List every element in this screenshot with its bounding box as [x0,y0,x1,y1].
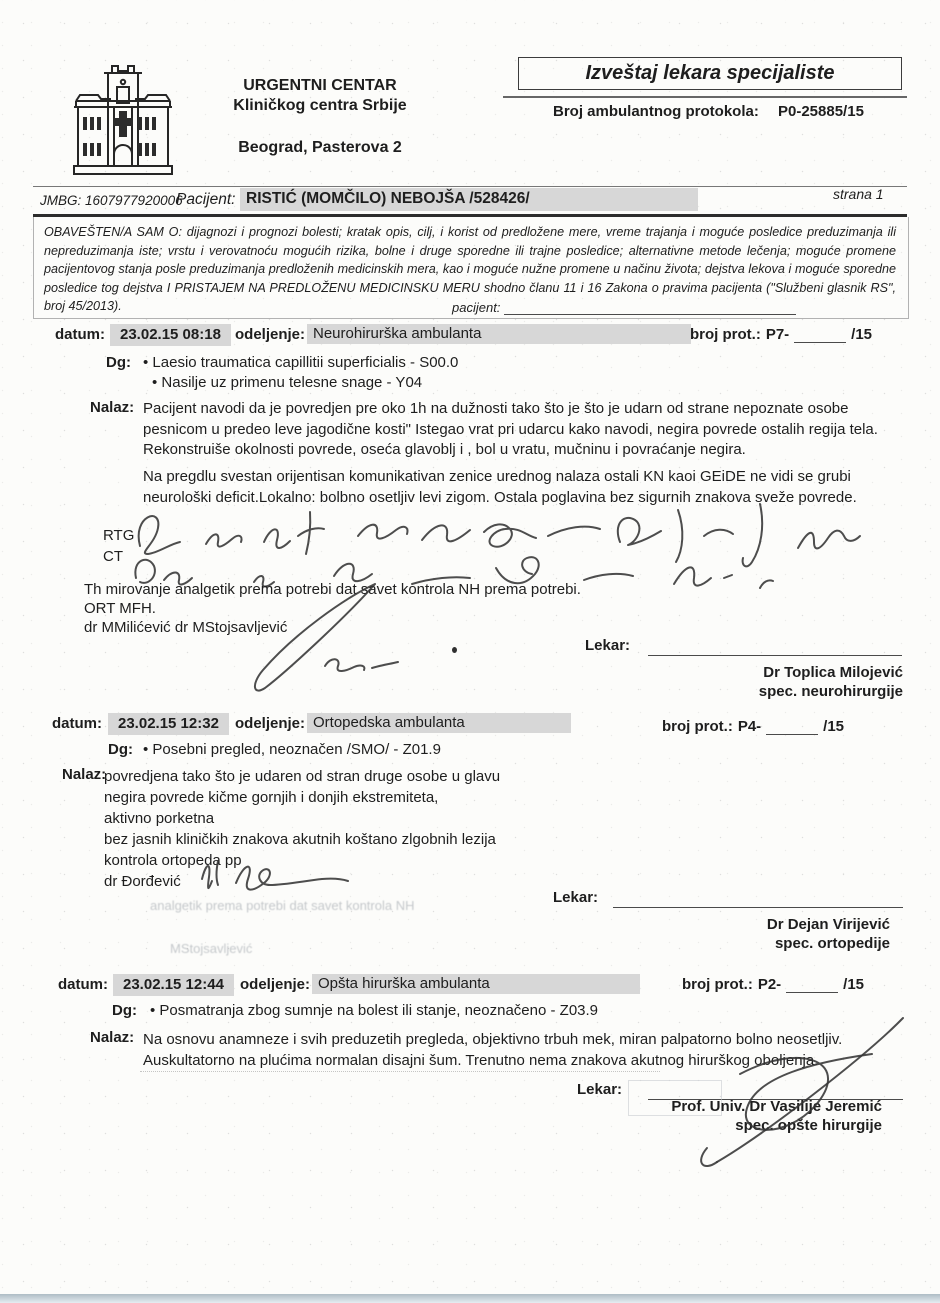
patient-band-top-rule [33,186,907,187]
org-name-line1: URGENTNI CENTAR [188,76,452,96]
s2-lekar-spec: spec. ortopedije [767,934,890,953]
s2-datum-label: datum: [52,715,102,732]
report-title: Izveštaj lekara specijaliste [518,57,902,90]
ink-dot [452,647,457,653]
s3-protocol: broj prot.: P2- /15 [682,976,864,993]
s3-dg-label: Dg: [112,1002,137,1019]
s1-dg-item-2: • Nasilje uz primenu telesne snage - Y04 [152,374,422,391]
s3-lekar-label: Lekar: [577,1081,622,1098]
ghost-print-artifact-1: analgetik prema potrebi dat savet kontro… [150,898,414,913]
s1-datum-value: 23.02.15 08:18 [110,324,231,346]
s2-lekar-block: Dr Dejan Virijević spec. ortopedije [767,915,890,953]
s3-prot-prefix: P2- [758,976,781,993]
s1-nalaz-label: Nalaz: [90,399,134,416]
patient-label: Pacijent: [176,191,235,209]
s1-lekar-signature-line [648,655,902,656]
s2-dg-label: Dg: [108,741,133,758]
page-number: strana 1 [833,186,884,202]
s1-dg-item-1: • Laesio traumatica capillitii superfici… [143,354,458,371]
scan-edge-strip [0,1294,940,1303]
s3-prot-suffix: /15 [843,976,864,993]
s2-lekar-name: Dr Dejan Virijević [767,915,890,934]
s2-lekar-signature-line [613,907,903,908]
s1-dg-label: Dg: [106,354,131,371]
s3-prot-blank-line [786,978,838,993]
s2-odeljenje-label: odeljenje: [235,715,305,732]
s2-prot-blank-line [766,720,818,735]
patient-name: RISTIĆ (MOMČILO) NEBOJŠA /528426/ [240,188,698,211]
s1-odeljenje-value: Neurohirurška ambulanta [307,324,691,344]
handwriting-rtg-ct-notes [112,498,904,590]
consent-signature-line [504,300,796,315]
s2-prot-prefix: P4- [738,718,761,735]
s1-odeljenje-label: odeljenje: [235,326,305,343]
s2-nalaz-line-1: povredjena tako što je udaren od stran d… [104,766,500,787]
s2-nalaz-line-2: negira povrede kičme gornjih i donjih ek… [104,787,500,808]
s2-prot-suffix: /15 [823,718,844,735]
s3-odeljenje-label: odeljenje: [240,976,310,993]
hospital-building-icon [68,63,178,179]
s2-odeljenje-value: Ortopedska ambulanta [307,713,571,733]
s2-protocol: broj prot.: P4- /15 [662,718,844,735]
protocol-value: P0-25885/15 [778,103,864,120]
org-block: URGENTNI CENTAR Kliničkog centra Srbije … [188,76,452,158]
scanned-medical-report: URGENTNI CENTAR Kliničkog centra Srbije … [0,0,940,1303]
s2-dg-item-1: • Posebni pregled, neoznačen /SMO/ - Z01… [143,741,441,758]
s1-prot-prefix: P7- [766,326,789,343]
s1-lekar-spec: spec. neurohirurgije [759,682,903,701]
signature-orthopedist [188,845,383,897]
s1-nalaz-text: Pacijent navodi da je povredjen pre oko … [143,399,880,461]
jmbg: JMBG: 1607977920006 [40,193,183,208]
s1-broj-prot-label: broj prot.: [690,326,761,343]
s1-protocol: broj prot.: P7- /15 [690,326,872,343]
org-address: Beograd, Pasterova 2 [188,138,452,158]
s1-ort-line: ORT MFH. [84,600,156,617]
s1-datum-label: datum: [55,326,105,343]
consent-box: OBAVEŠTEN/A SAM O: dijagnozi i prognozi … [33,217,909,319]
s2-nalaz-label: Nalaz: [62,766,106,783]
s3-dg-item-1: • Posmatranja zbog sumnje na bolest ili … [150,1002,598,1019]
signature-general-surgeon [645,1012,910,1172]
s1-lekar-label: Lekar: [585,637,630,654]
s1-lekar-block: Dr Toplica Milojević spec. neurohirurgij… [759,663,903,701]
s3-datum-value: 23.02.15 12:44 [113,974,234,996]
s1-prot-blank-line [794,328,846,343]
consent-patient-label-text: pacijent: [452,300,500,315]
org-name-line2: Kliničkog centra Srbije [188,96,452,116]
scan-dotted-artifact [140,1071,660,1072]
s2-nalaz-line-3: aktivno porketna [104,808,500,829]
protocol-label: Broj ambulantnog protokola: [553,103,759,120]
s3-nalaz-label: Nalaz: [90,1029,134,1046]
s3-odeljenje-value: Opšta hirurška ambulanta [312,974,640,994]
s3-datum-label: datum: [58,976,108,993]
s3-broj-prot-label: broj prot.: [682,976,753,993]
s2-datum-value: 23.02.15 12:32 [108,713,229,735]
ghost-print-artifact-2: MStojsavljević [170,941,252,956]
s1-lekar-name: Dr Toplica Milojević [759,663,903,682]
consent-patient-signature-label: pacijent: [452,300,796,315]
s1-prot-suffix: /15 [851,326,872,343]
s2-lekar-label: Lekar: [553,889,598,906]
header-divider [503,96,907,98]
signature-neurosurgeon [225,578,475,698]
s2-broj-prot-label: broj prot.: [662,718,733,735]
